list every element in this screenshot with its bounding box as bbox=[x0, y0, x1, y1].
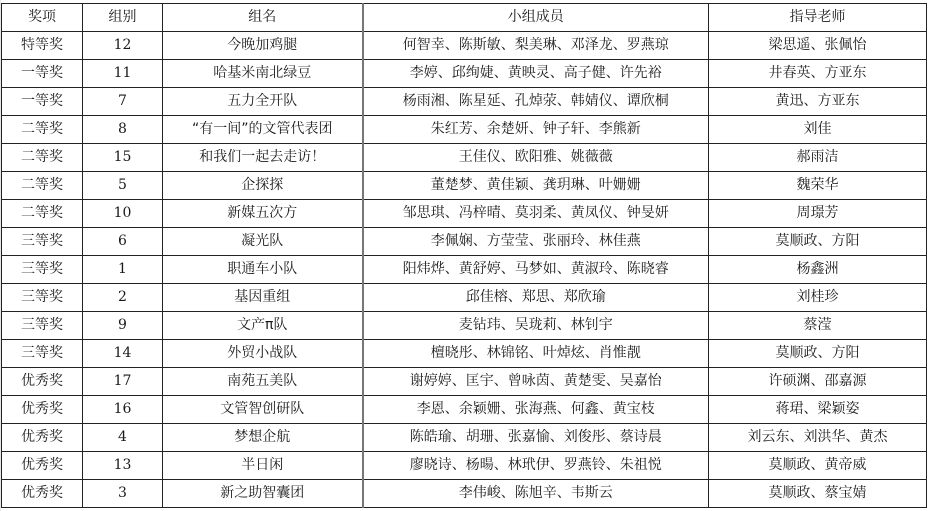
advisors-cell[interactable]: 许硕渊、邵嘉源 bbox=[709, 368, 927, 396]
group-number-cell[interactable]: 16 bbox=[83, 396, 163, 424]
members-cell[interactable]: 陈皓瑜、胡珊、张嘉愉、刘俊彤、蔡诗晨 bbox=[363, 424, 709, 452]
table-row: 三等奖 6 凝光队 李佩娴、方莹莹、张丽玲、林佳燕 莫顺政、方阳 bbox=[2, 228, 927, 256]
table-row: 一等奖 7 五力全开队 杨雨湘、陈星延、孔焯荥、韩婧仪、谭欣桐 黄迅、方亚东 bbox=[2, 88, 927, 116]
group-name-cell[interactable]: 梦想企航 bbox=[163, 424, 363, 452]
award-cell[interactable]: 优秀奖 bbox=[2, 452, 83, 480]
award-cell[interactable]: 三等奖 bbox=[2, 228, 83, 256]
awards-table: 奖项 组别 组名 小组成员 指导老师 特等奖 12 今晚加鸡腿 何智幸、陈斯敏、… bbox=[1, 3, 927, 508]
group-name-cell[interactable]: 企探探 bbox=[163, 172, 363, 200]
table-row: 三等奖 2 基因重组 邱佳榕、郑思、郑欣瑜 刘桂珍 bbox=[2, 284, 927, 312]
members-cell[interactable]: 朱红芳、余楚妍、钟子轩、李熊新 bbox=[363, 116, 709, 144]
group-number-cell[interactable]: 1 bbox=[83, 256, 163, 284]
table-row: 优秀奖 3 新之助智囊团 李伟峻、陈旭辛、韦斯云 莫顺政、蔡宝婧 bbox=[2, 480, 927, 508]
group-name-cell[interactable]: 南苑五美队 bbox=[163, 368, 363, 396]
members-cell[interactable]: 麦钻玮、吴珑莉、林钊宇 bbox=[363, 312, 709, 340]
group-number-cell[interactable]: 9 bbox=[83, 312, 163, 340]
group-name-cell[interactable]: 职通车小队 bbox=[163, 256, 363, 284]
group-name-cell[interactable]: 凝光队 bbox=[163, 228, 363, 256]
group-name-cell[interactable]: 今晚加鸡腿 bbox=[163, 32, 363, 60]
advisors-cell[interactable]: 周璟芳 bbox=[709, 200, 927, 228]
advisors-cell[interactable]: 莫顺政、方阳 bbox=[709, 340, 927, 368]
header-award[interactable]: 奖项 bbox=[2, 4, 83, 32]
group-number-cell[interactable]: 8 bbox=[83, 116, 163, 144]
members-cell[interactable]: 董楚梦、黄佳颖、龚玥琳、叶姗姗 bbox=[363, 172, 709, 200]
group-number-cell[interactable]: 17 bbox=[83, 368, 163, 396]
table-row: 二等奖 10 新媒五次方 邹思琪、冯梓晴、莫羽柔、黄凤仪、钟旻妍 周璟芳 bbox=[2, 200, 927, 228]
members-cell[interactable]: 何智幸、陈斯敏、梨美琳、邓泽龙、罗燕琼 bbox=[363, 32, 709, 60]
award-cell[interactable]: 二等奖 bbox=[2, 172, 83, 200]
table-row: 优秀奖 17 南苑五美队 谢婷婷、匡宇、曾咏茵、黄楚雯、吴嘉怡 许硕渊、邵嘉源 bbox=[2, 368, 927, 396]
table-row: 三等奖 9 文产π队 麦钻玮、吴珑莉、林钊宇 蔡滢 bbox=[2, 312, 927, 340]
table-row: 优秀奖 16 文管智创研队 李恩、余颖姗、张海燕、何鑫、黄宝枝 蒋珺、梁颖姿 bbox=[2, 396, 927, 424]
members-cell[interactable]: 檀晓彤、林锦铭、叶焯炫、肖惟靓 bbox=[363, 340, 709, 368]
advisors-cell[interactable]: 莫顺政、方阳 bbox=[709, 228, 927, 256]
group-number-cell[interactable]: 14 bbox=[83, 340, 163, 368]
advisors-cell[interactable]: 杨鑫洲 bbox=[709, 256, 927, 284]
advisors-cell[interactable]: 蒋珺、梁颖姿 bbox=[709, 396, 927, 424]
group-number-cell[interactable]: 12 bbox=[83, 32, 163, 60]
group-name-cell[interactable]: 和我们一起去走访！ bbox=[163, 144, 363, 172]
members-cell[interactable]: 廖晓诗、杨暘、林玳伊、罗燕铃、朱祖悦 bbox=[363, 452, 709, 480]
members-cell[interactable]: 杨雨湘、陈星延、孔焯荥、韩婧仪、谭欣桐 bbox=[363, 88, 709, 116]
advisors-cell[interactable]: 魏荣华 bbox=[709, 172, 927, 200]
table-row: 优秀奖 4 梦想企航 陈皓瑜、胡珊、张嘉愉、刘俊彤、蔡诗晨 刘云东、刘洪华、黄杰 bbox=[2, 424, 927, 452]
table-row: 特等奖 12 今晚加鸡腿 何智幸、陈斯敏、梨美琳、邓泽龙、罗燕琼 梁思遥、张佩怡 bbox=[2, 32, 927, 60]
award-cell[interactable]: 特等奖 bbox=[2, 32, 83, 60]
advisors-cell[interactable]: 莫顺政、蔡宝婧 bbox=[709, 480, 927, 508]
group-number-cell[interactable]: 7 bbox=[83, 88, 163, 116]
award-cell[interactable]: 优秀奖 bbox=[2, 480, 83, 508]
members-cell[interactable]: 王佳仪、欧阳雅、姚薇薇 bbox=[363, 144, 709, 172]
table-row: 优秀奖 13 半日闲 廖晓诗、杨暘、林玳伊、罗燕铃、朱祖悦 莫顺政、黄帝威 bbox=[2, 452, 927, 480]
table-row: 二等奖 15 和我们一起去走访！ 王佳仪、欧阳雅、姚薇薇 郝雨洁 bbox=[2, 144, 927, 172]
award-cell[interactable]: 三等奖 bbox=[2, 340, 83, 368]
group-name-cell[interactable]: “有一间”的文管代表团 bbox=[163, 116, 363, 144]
award-cell[interactable]: 三等奖 bbox=[2, 284, 83, 312]
members-cell[interactable]: 李恩、余颖姗、张海燕、何鑫、黄宝枝 bbox=[363, 396, 709, 424]
award-cell[interactable]: 二等奖 bbox=[2, 200, 83, 228]
advisors-cell[interactable]: 刘云东、刘洪华、黄杰 bbox=[709, 424, 927, 452]
advisors-cell[interactable]: 莫顺政、黄帝威 bbox=[709, 452, 927, 480]
header-group-number[interactable]: 组别 bbox=[83, 4, 163, 32]
members-cell[interactable]: 谢婷婷、匡宇、曾咏茵、黄楚雯、吴嘉怡 bbox=[363, 368, 709, 396]
header-members[interactable]: 小组成员 bbox=[363, 4, 709, 32]
group-name-cell[interactable]: 新之助智囊团 bbox=[163, 480, 363, 508]
award-cell[interactable]: 优秀奖 bbox=[2, 368, 83, 396]
award-cell[interactable]: 优秀奖 bbox=[2, 424, 83, 452]
award-cell[interactable]: 一等奖 bbox=[2, 88, 83, 116]
members-cell[interactable]: 邱佳榕、郑思、郑欣瑜 bbox=[363, 284, 709, 312]
group-number-cell[interactable]: 4 bbox=[83, 424, 163, 452]
group-number-cell[interactable]: 10 bbox=[83, 200, 163, 228]
award-cell[interactable]: 优秀奖 bbox=[2, 396, 83, 424]
award-cell[interactable]: 三等奖 bbox=[2, 312, 83, 340]
header-advisors[interactable]: 指导老师 bbox=[709, 4, 927, 32]
group-number-cell[interactable]: 2 bbox=[83, 284, 163, 312]
members-cell[interactable]: 阳炜烨、黄舒婷、马梦如、黄淑玲、陈晓睿 bbox=[363, 256, 709, 284]
group-number-cell[interactable]: 5 bbox=[83, 172, 163, 200]
table-row: 二等奖 5 企探探 董楚梦、黄佳颖、龚玥琳、叶姗姗 魏荣华 bbox=[2, 172, 927, 200]
group-name-cell[interactable]: 半日闲 bbox=[163, 452, 363, 480]
header-row: 奖项 组别 组名 小组成员 指导老师 bbox=[2, 4, 927, 32]
group-name-cell[interactable]: 文管智创研队 bbox=[163, 396, 363, 424]
header-group-name[interactable]: 组名 bbox=[163, 4, 363, 32]
group-name-cell[interactable]: 外贸小战队 bbox=[163, 340, 363, 368]
group-name-cell[interactable]: 文产π队 bbox=[163, 312, 363, 340]
members-cell[interactable]: 李伟峻、陈旭辛、韦斯云 bbox=[363, 480, 709, 508]
table-row: 一等奖 11 哈基米南北绿豆 李婷、邱绚婕、黄映灵、高子健、许先裕 井春英、方亚… bbox=[2, 60, 927, 88]
table-row: 三等奖 1 职通车小队 阳炜烨、黄舒婷、马梦如、黄淑玲、陈晓睿 杨鑫洲 bbox=[2, 256, 927, 284]
table-row: 二等奖 8 “有一间”的文管代表团 朱红芳、余楚妍、钟子轩、李熊新 刘佳 bbox=[2, 116, 927, 144]
members-cell[interactable]: 李佩娴、方莹莹、张丽玲、林佳燕 bbox=[363, 228, 709, 256]
table-row: 三等奖 14 外贸小战队 檀晓彤、林锦铭、叶焯炫、肖惟靓 莫顺政、方阳 bbox=[2, 340, 927, 368]
group-number-cell[interactable]: 15 bbox=[83, 144, 163, 172]
members-cell[interactable]: 邹思琪、冯梓晴、莫羽柔、黄凤仪、钟旻妍 bbox=[363, 200, 709, 228]
advisors-cell[interactable]: 梁思遥、张佩怡 bbox=[709, 32, 927, 60]
group-name-cell[interactable]: 五力全开队 bbox=[163, 88, 363, 116]
group-number-cell[interactable]: 3 bbox=[83, 480, 163, 508]
group-number-cell[interactable]: 13 bbox=[83, 452, 163, 480]
group-name-cell[interactable]: 哈基米南北绿豆 bbox=[163, 60, 363, 88]
advisors-cell[interactable]: 井春英、方亚东 bbox=[709, 60, 927, 88]
advisors-cell[interactable]: 黄迅、方亚东 bbox=[709, 88, 927, 116]
award-cell[interactable]: 二等奖 bbox=[2, 144, 83, 172]
advisors-cell[interactable]: 刘桂珍 bbox=[709, 284, 927, 312]
advisors-cell[interactable]: 蔡滢 bbox=[709, 312, 927, 340]
award-cell[interactable]: 二等奖 bbox=[2, 116, 83, 144]
advisors-cell[interactable]: 刘佳 bbox=[709, 116, 927, 144]
award-cell[interactable]: 一等奖 bbox=[2, 60, 83, 88]
group-name-cell[interactable]: 基因重组 bbox=[163, 284, 363, 312]
award-cell[interactable]: 三等奖 bbox=[2, 256, 83, 284]
members-cell[interactable]: 李婷、邱绚婕、黄映灵、高子健、许先裕 bbox=[363, 60, 709, 88]
group-number-cell[interactable]: 6 bbox=[83, 228, 163, 256]
advisors-cell[interactable]: 郝雨洁 bbox=[709, 144, 927, 172]
group-number-cell[interactable]: 11 bbox=[83, 60, 163, 88]
group-name-cell[interactable]: 新媒五次方 bbox=[163, 200, 363, 228]
